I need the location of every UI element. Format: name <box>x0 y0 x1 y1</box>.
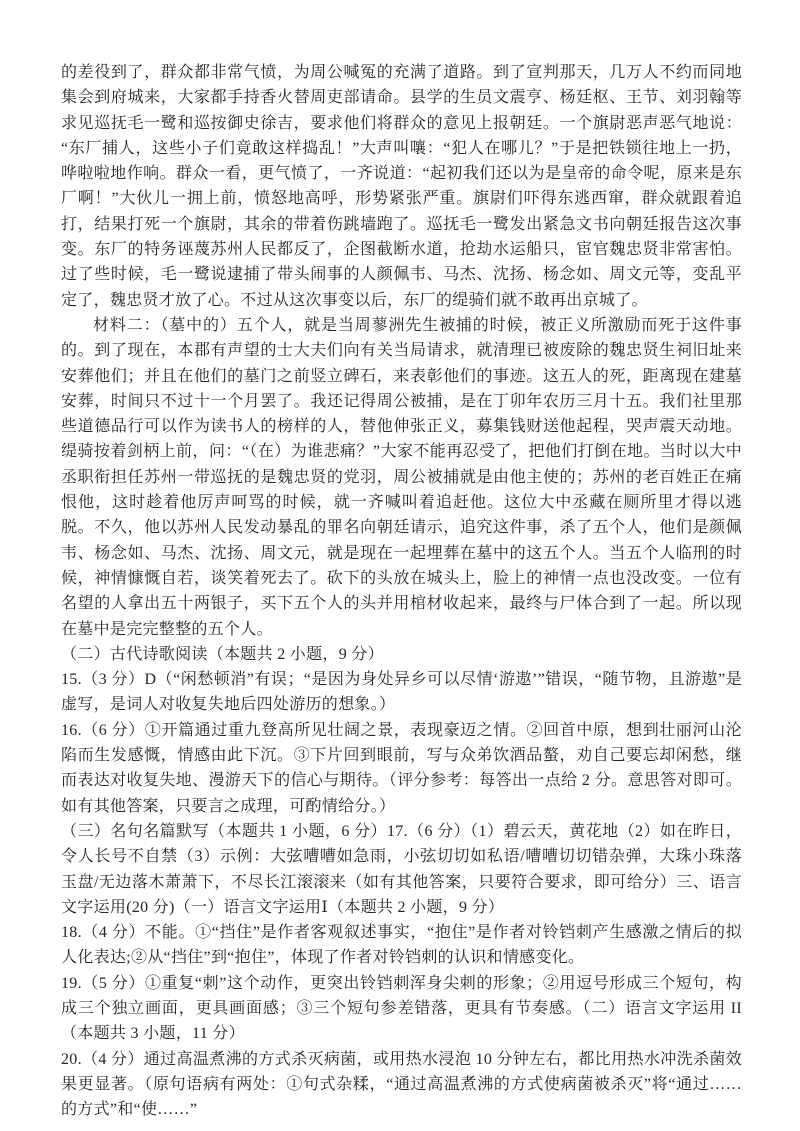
document-content: 的差役到了，群众都非常气愤，为周公喊冤的充满了道路。到了宣判那天，几万人不约而同… <box>61 60 742 1122</box>
document-page: 的差役到了，群众都非常气愤，为周公喊冤的充满了道路。到了宣判那天，几万人不约而同… <box>0 0 800 1131</box>
answer-item-20: 20.（4 分）通过高温煮沸的方式杀灭病菌，或用热水浸泡 10 分钟左右，都比用… <box>61 1047 742 1123</box>
paragraph-material-two: 材料二：（墓中的）五个人，就是当周蓼洲先生被捕的时候，被正义所激励而死于这件事的… <box>61 313 742 642</box>
answer-item-16: 16.（6 分）①开篇通过重九登高所见壮阔之景，表现豪迈之情。②回首中原，想到壮… <box>61 718 742 819</box>
section-heading-poetry-reading: （二）古代诗歌阅读（本题共 2 小题，9 分） <box>61 642 742 667</box>
section-dictation-and-answer-17: （三）名句名篇默写（本题共 1 小题，6 分）17.（6 分）（1）碧云天，黄花… <box>61 819 742 920</box>
answer-item-18: 18.（4 分）不能。①“挡住”是作者客观叙述事实，“抱住”是作者对铃铛刺产生感… <box>61 920 742 971</box>
answer-item-19: 19.（5 分）①重复“刺”这个动作，更突出铃铛刺浑身尖刺的形象；②用逗号形成三… <box>61 971 742 1047</box>
answer-item-15: 15.（3 分）D（“闲愁顿消”有误；“是因为身处异乡可以尽情‘游遨’”错误，“… <box>61 667 742 718</box>
paragraph-material-one-continuation: 的差役到了，群众都非常气愤，为周公喊冤的充满了道路。到了宣判那天，几万人不约而同… <box>61 60 742 313</box>
